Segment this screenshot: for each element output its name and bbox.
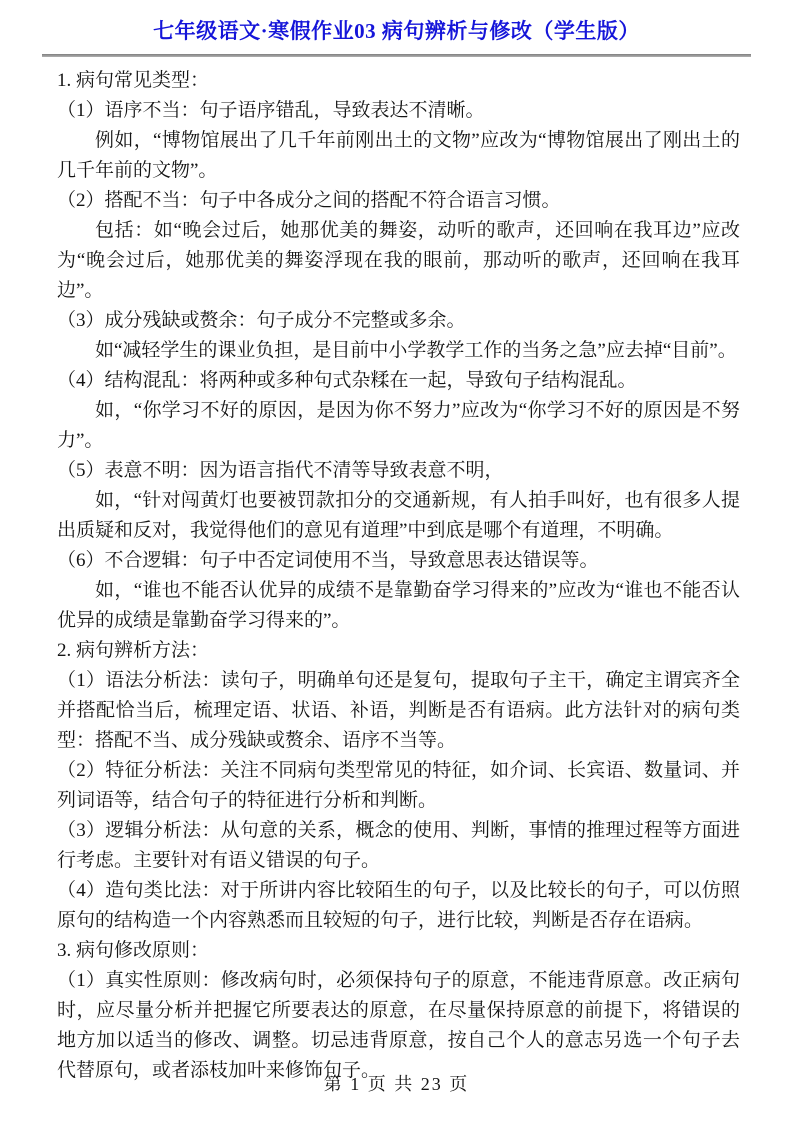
list-item: （2）搭配不当：句子中各成分之间的搭配不符合语言习惯。 — [57, 186, 740, 216]
list-item: （4）结构混乱：将两种或多种句式杂糅在一起，导致句子结构混乱。 — [57, 366, 740, 396]
example-paragraph: 例如，“博物馆展出了几千年前刚出土的文物”应改为“博物馆展出了刚出土的几千年前的… — [57, 126, 740, 186]
list-item: （3）成分残缺或赘余：句子成分不完整或多余。 — [57, 306, 740, 336]
list-item: （6）不合逻辑：句子中否定词使用不当，导致意思表达错误等。 — [57, 546, 740, 576]
list-item: （5）表意不明：因为语言指代不清等导致表意不明， — [57, 456, 740, 486]
list-item: （1）语法分析法：读句子，明确单句还是复句，提取句子主干，确定主谓宾齐全并搭配恰… — [57, 666, 740, 756]
example-paragraph: 如“减轻学生的课业负担，是目前中小学教学工作的当务之急”应去掉“目前”。 — [57, 336, 740, 366]
section-heading: 1. 病句常见类型： — [57, 66, 740, 96]
list-item: （2）特征分析法：关注不同病句类型常见的特征，如介词、长宾语、数量词、并列词语等… — [57, 756, 740, 816]
example-paragraph: 如，“针对闯黄灯也要被罚款扣分的交通新规，有人拍手叫好，也有很多人提出质疑和反对… — [57, 486, 740, 546]
section-heading: 3. 病句修改原则： — [57, 936, 740, 966]
example-paragraph: 如，“你学习不好的原因，是因为你不努力”应改为“你学习不好的原因是不努力”。 — [57, 396, 740, 456]
list-item: （4）造句类比法：对于所讲内容比较陌生的句子，以及比较长的句子，可以仿照原句的结… — [57, 876, 740, 936]
list-item: （1）真实性原则：修改病句时，必须保持句子的原意，不能违背原意。改正病句时，应尽… — [57, 966, 740, 1086]
section-heading: 2. 病句辨析方法： — [57, 636, 740, 666]
page-number-indicator: 第 1 页 共 23 页 — [0, 1070, 793, 1096]
document-page: 七年级语文·寒假作业03 病句辨析与修改（学生版） 1. 病句常见类型：（1）语… — [0, 0, 793, 1122]
document-title: 七年级语文·寒假作业03 病句辨析与修改（学生版） — [0, 0, 793, 45]
example-paragraph: 包括：如“晚会过后，她那优美的舞姿，动听的歌声，还回响在我耳边”应改为“晚会过后… — [57, 216, 740, 306]
list-item: （3）逻辑分析法：从句意的关系，概念的使用、判断，事情的推理过程等方面进行考虑。… — [57, 816, 740, 876]
document-body: 1. 病句常见类型：（1）语序不当：句子语序错乱，导致表达不清晰。例如，“博物馆… — [0, 57, 793, 1086]
list-item: （1）语序不当：句子语序错乱，导致表达不清晰。 — [57, 96, 740, 126]
example-paragraph: 如，“谁也不能否认优异的成绩不是靠勤奋学习得来的”应改为“谁也不能否认优异的成绩… — [57, 576, 740, 636]
